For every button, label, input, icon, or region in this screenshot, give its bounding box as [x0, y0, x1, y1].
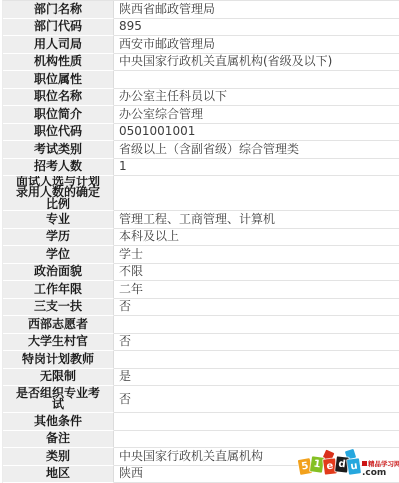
table-row: 工作年限 二年 — [3, 281, 399, 299]
row-value — [114, 413, 399, 431]
site-name-text: 精品学习网 — [368, 459, 399, 468]
domain-suffix: .com — [362, 469, 398, 478]
table-row: 大学生村官 否 — [3, 334, 399, 352]
row-label: 工作年限 — [3, 281, 114, 299]
table-row: 用人司局 西安市邮政管理局 — [3, 36, 399, 54]
row-value: 办公室主任科员以下 — [114, 89, 399, 107]
table-row: 专业 管理工程、工商管理、计算机 — [3, 211, 399, 229]
row-value: 895 — [114, 19, 399, 37]
row-label: 无限制 — [3, 369, 114, 387]
row-value: 1 — [114, 159, 399, 177]
row-label: 类别 — [3, 448, 114, 466]
table-row: 无限制 是 — [3, 369, 399, 387]
row-label: 用人司局 — [3, 36, 114, 54]
row-value: 否 — [114, 299, 399, 317]
logo-text-block: 精品学习网 .com — [362, 459, 398, 478]
row-value: 是 — [114, 369, 399, 387]
job-position-detail-page: 部门名称 陕西省邮政管理局 部门代码 895 用人司局 西安市邮政管理局 机构性… — [0, 0, 399, 483]
row-value: 二年 — [114, 281, 399, 299]
row-value: 不限 — [114, 264, 399, 282]
table-row: 学历 本科及以上 — [3, 229, 399, 247]
logo-letter-u: u — [347, 458, 361, 475]
row-value — [114, 351, 399, 369]
row-label: 是否组织专业考 试 — [3, 386, 114, 413]
row-label: 学历 — [3, 229, 114, 247]
row-label: 学位 — [3, 246, 114, 264]
row-label: 其他条件 — [3, 413, 114, 431]
row-label: 西部志愿者 — [3, 316, 114, 334]
row-value: 陕西省邮政管理局 — [114, 1, 399, 19]
row-label: 职位代码 — [3, 124, 114, 142]
logo-letter-1: 1 — [310, 456, 324, 473]
table-row: 政治面貌 不限 — [3, 264, 399, 282]
table-row: 考试类别 省级以上（含副省级）综合管理类 — [3, 141, 399, 159]
table-row: 特岗计划教师 — [3, 351, 399, 369]
row-value: 中央国家行政机关直属机构(省级及以下) — [114, 54, 399, 72]
table-row: 职位名称 办公室主任科员以下 — [3, 89, 399, 107]
row-label: 专业 — [3, 211, 114, 229]
row-value: 管理工程、工商管理、计算机 — [114, 211, 399, 229]
table-row: 面试人选与计划 录用人数的确定 比例 — [3, 176, 399, 211]
site-name: 精品学习网 — [362, 459, 398, 468]
table-row: 备注 — [3, 431, 399, 449]
row-value — [114, 71, 399, 89]
row-value: 本科及以上 — [114, 229, 399, 247]
row-value: 省级以上（含副省级）综合管理类 — [114, 141, 399, 159]
site-name-icon — [362, 461, 367, 466]
table-row: 机构性质 中央国家行政机关直属机构(省级及以下) — [3, 54, 399, 72]
row-label: 职位名称 — [3, 89, 114, 107]
row-label: 地区 — [3, 466, 114, 483]
row-label: 部门代码 — [3, 19, 114, 37]
row-label: 职位简介 — [3, 106, 114, 124]
row-label: 考试类别 — [3, 141, 114, 159]
51edu-watermark-logo: 5 1 e d u 精品学习网 .com — [298, 448, 398, 482]
table-row: 职位代码 0501001001 — [3, 124, 399, 142]
row-value: 西安市邮政管理局 — [114, 36, 399, 54]
row-label: 政治面貌 — [3, 264, 114, 282]
row-label: 三支一扶 — [3, 299, 114, 317]
row-value — [114, 316, 399, 334]
row-value — [114, 176, 399, 211]
table-row: 职位属性 — [3, 71, 399, 89]
table-row: 是否组织专业考 试 否 — [3, 386, 399, 413]
row-value: 否 — [114, 334, 399, 352]
row-label: 机构性质 — [3, 54, 114, 72]
row-label: 大学生村官 — [3, 334, 114, 352]
row-value: 学士 — [114, 246, 399, 264]
row-label: 特岗计划教师 — [3, 351, 114, 369]
row-value — [114, 431, 399, 449]
table-row: 西部志愿者 — [3, 316, 399, 334]
table-row: 招考人数 1 — [3, 159, 399, 177]
position-detail-table: 部门名称 陕西省邮政管理局 部门代码 895 用人司局 西安市邮政管理局 机构性… — [2, 0, 399, 483]
table-row: 其他条件 — [3, 413, 399, 431]
row-label: 面试人选与计划 录用人数的确定 比例 — [3, 176, 114, 211]
row-value: 办公室综合管理 — [114, 106, 399, 124]
table-row: 部门代码 895 — [3, 19, 399, 37]
table-row: 部门名称 陕西省邮政管理局 — [3, 1, 399, 19]
row-value: 否 — [114, 386, 399, 413]
row-label: 备注 — [3, 431, 114, 449]
table-row: 职位简介 办公室综合管理 — [3, 106, 399, 124]
table-row: 三支一扶 否 — [3, 299, 399, 317]
row-value: 0501001001 — [114, 124, 399, 142]
table-row: 学位 学士 — [3, 246, 399, 264]
row-label: 职位属性 — [3, 71, 114, 89]
row-label: 招考人数 — [3, 159, 114, 177]
row-label: 部门名称 — [3, 1, 114, 19]
